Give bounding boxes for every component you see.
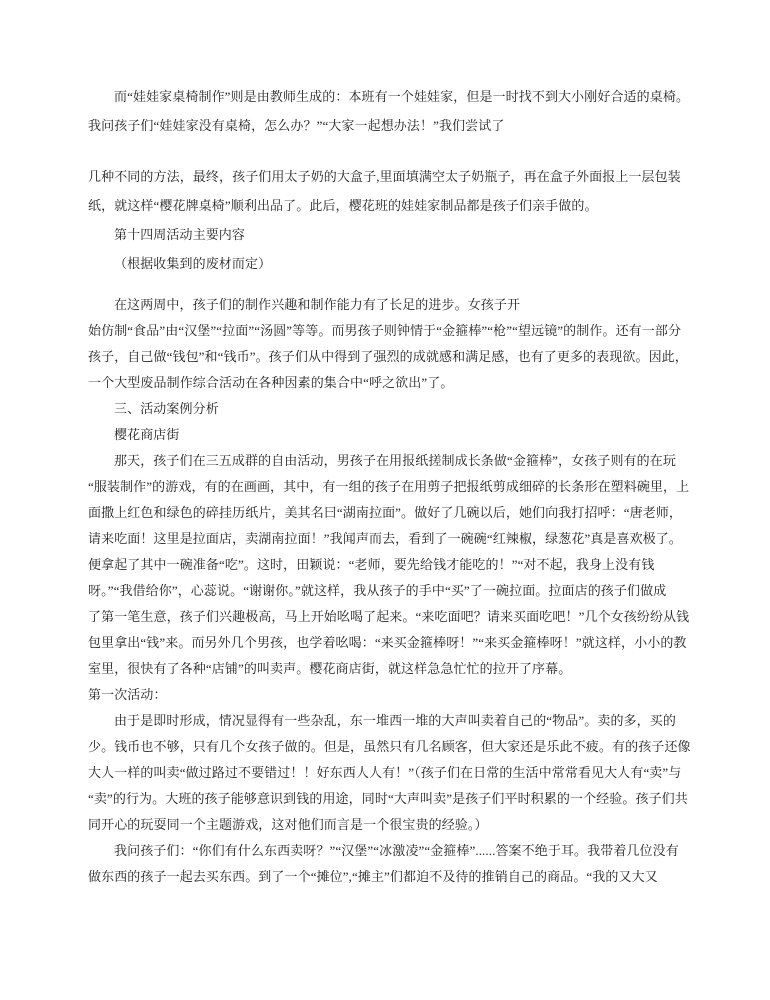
text-line: 纸，就这样“樱花牌桌椅”顺利出品了。此后，樱花班的娃娃家制品都是孩子们亲手做的。 <box>88 191 708 220</box>
document-page: 而“娃娃家桌椅制作”则是由教师生成的：本班有一个娃娃家，但是一时找不到大小刚好合… <box>0 0 770 1000</box>
text-line: 少。钱币也不够，只有几个女孩子做的。但是，虽然只有几名顾客，但大家还是乐此不疲。… <box>88 734 708 760</box>
text-line: 三、活动案例分析 <box>88 396 708 422</box>
text-line: 呀。”“我借给你”，心蕊说。“谢谢你。”就这样，我从孩子的手中“买”了一碗拉面。… <box>88 578 708 604</box>
text-line: 一个大型废品制作综合活动在各种因素的集合中“呼之欲出”了。 <box>88 370 708 396</box>
text-line: 几种不同的方法，最终，孩子们用太子奶的大盒子,里面填满空太子奶瓶子，再在盒子外面… <box>88 162 708 191</box>
document-body: 而“娃娃家桌椅制作”则是由教师生成的：本班有一个娃娃家，但是一时找不到大小刚好合… <box>88 82 708 890</box>
text-line: 我问孩子们：“你们有什么东西卖呀？”“汉堡”“冰激凌”“金箍棒”......答案… <box>88 838 708 864</box>
text-line: “卖”的行为。大班的孩子能够意识到钱的用途，同时“大声叫卖”是孩子们平时积累的一… <box>88 786 708 812</box>
text-line: 室里，很快有了各种“店铺”的叫卖声。樱花商店街，就这样急急忙忙的拉开了序幕。 <box>88 656 708 682</box>
text-line: 我问孩子们“娃娃家没有桌椅，怎么办？”“大家一起想办法！”我们尝试了 <box>88 111 708 140</box>
text-line: 始仿制“食品”由“汉堡”“拉面”“汤圆”等等。而男孩子则钟情于“金箍棒”“枪”“… <box>88 318 708 344</box>
text-line: 大人一样的叫卖“做过路过不要错过！！好东西人人有！”（孩子们在日常的生活中常常看… <box>88 760 708 786</box>
text-line: 面撒上红色和绿色的碎挂历纸片，美其名曰“湖南拉面”。做好了几碗以后，她们向我打招… <box>88 500 708 526</box>
text-line: 由于是即时形成，情况显得有一些杂乱，东一堆西一堆的大声叫卖着自己的“物品”。卖的… <box>88 708 708 734</box>
section-a: 而“娃娃家桌椅制作”则是由教师生成的：本班有一个娃娃家，但是一时找不到大小刚好合… <box>88 82 708 278</box>
blank-line <box>88 140 708 162</box>
text-line: 便拿起了其中一碗准备“吃”。这时，田颖说：“老师，要先给钱才能吃的！”“对不起，… <box>88 552 708 578</box>
text-line: 孩子，自己做“钱包”和“钱币”。孩子们从中得到了强烈的成就感和满足感，也有了更多… <box>88 344 708 370</box>
text-line: 请来吃面！这里是拉面店，卖湖南拉面！”我闻声而去，看到了一碗碗“红辣椒，绿葱花”… <box>88 526 708 552</box>
text-line: 包里拿出“钱”来。而另外几个男孩，也学着吆喝：“来买金箍棒呀！”“来买金箍棒呀！… <box>88 630 708 656</box>
text-line: 同开心的玩耍同一个主题游戏，这对他们而言是一个很宝贵的经验。） <box>88 812 708 838</box>
text-line: 樱花商店街 <box>88 422 708 448</box>
text-line: “服装制作”的游戏，有的在画画，其中，有一组的孩子在用剪子把报纸剪成细碎的长条形… <box>88 474 708 500</box>
text-line: 而“娃娃家桌椅制作”则是由教师生成的：本班有一个娃娃家，但是一时找不到大小刚好合… <box>88 82 708 111</box>
section-b: 在这两周中，孩子们的制作兴趣和制作能力有了长足的进步。女孩子开始仿制“食品”由“… <box>88 292 708 890</box>
text-line: 在这两周中，孩子们的制作兴趣和制作能力有了长足的进步。女孩子开 <box>88 292 708 318</box>
text-line: （根据收集到的废材而定） <box>88 249 708 278</box>
text-line: 了第一笔生意，孩子们兴趣极高，马上开始吆喝了起来。“来吃面吧？请来买面吃吧！”几… <box>88 604 708 630</box>
text-line: 第十四周活动主要内容 <box>88 220 708 249</box>
text-line: 那天，孩子们在三五成群的自由活动，男孩子在用报纸搓制成长条做“金箍棒”，女孩子则… <box>88 448 708 474</box>
text-line: 第一次活动： <box>88 682 708 708</box>
text-line: 做东西的孩子一起去买东西。到了一个“摊位”,“摊主”们都迫不及待的推销自己的商品… <box>88 864 708 890</box>
